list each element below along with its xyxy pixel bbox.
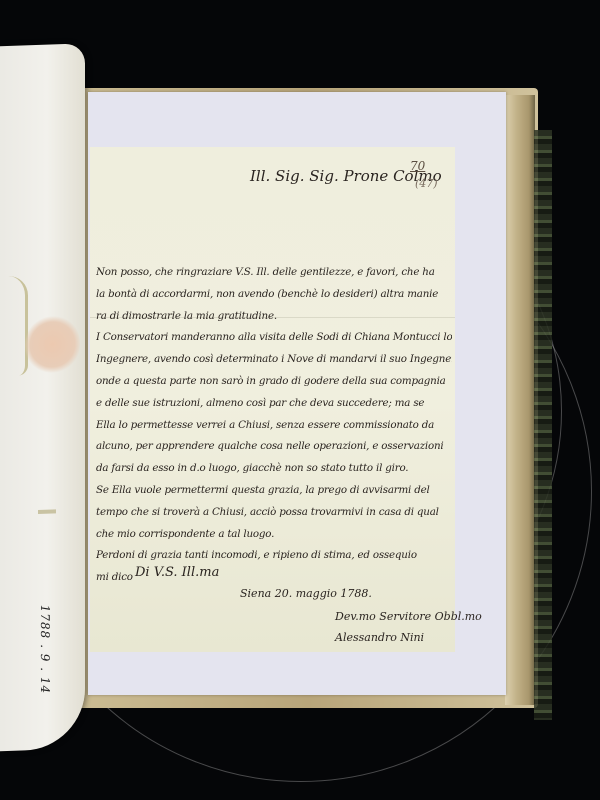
body-line: tempo che si troverà a Chiusi, acciò pos… — [96, 502, 452, 524]
book-fore-edge — [505, 95, 535, 705]
body-line: Perdoni di grazia tanti incomodi, e ripi… — [96, 545, 452, 567]
body-line: da farsi da esso in d.o luogo, giacchè n… — [96, 458, 452, 480]
paper-tab — [0, 275, 28, 376]
old-folio-number: (47) — [415, 177, 438, 190]
body-line: Non posso, che ringraziare V.S. Ill. del… — [96, 262, 452, 284]
body-line: onde a questa parte non sarò in grado di… — [96, 371, 452, 393]
pin-mark — [38, 509, 56, 514]
body-line: Ingegnere, avendo così determinato i Nov… — [96, 349, 452, 371]
body-line: la bontà di accordarmi, non avendo (benc… — [96, 284, 452, 306]
spine-annotation: 1788 . 9 . 14 — [38, 604, 52, 694]
body-line: alcuno, per apprendere qualche cosa nell… — [96, 436, 452, 458]
body-line: Ella lo permettesse verrei a Chiusi, sen… — [96, 415, 452, 437]
left-facing-page: 1788 . 9 . 14 — [0, 43, 85, 751]
archive-photo: 1788 . 9 . 14 Ill. Sig. Sig. Prone Colmo… — [0, 0, 600, 800]
closing: Di V.S. Ill.ma — [135, 565, 219, 580]
marbled-cover-edge — [534, 130, 552, 720]
body-line: I Conservatori manderanno alla visita de… — [96, 327, 452, 349]
signature-name: Alessandro Nini — [335, 631, 424, 644]
body-line: che mio corrispondente a tal luogo. — [96, 524, 452, 546]
folio-number: 70 — [410, 159, 425, 173]
handwritten-letter: Ill. Sig. Sig. Prone Colmo 70 (47) Non p… — [90, 147, 455, 652]
signature-title: Dev.mo Servitore Obbl.mo — [335, 610, 482, 623]
body-line: Se Ella vuole permettermi questa grazia,… — [96, 480, 452, 502]
letter-body: Non posso, che ringraziare V.S. Ill. del… — [96, 262, 452, 589]
body-line: ra di dimostrarle la mia gratitudine. — [96, 306, 452, 328]
place-date: Siena 20. maggio 1788. — [240, 587, 372, 600]
wax-seal-stain — [25, 314, 80, 376]
body-line: e delle sue istruzioni, almeno così par … — [96, 393, 452, 415]
